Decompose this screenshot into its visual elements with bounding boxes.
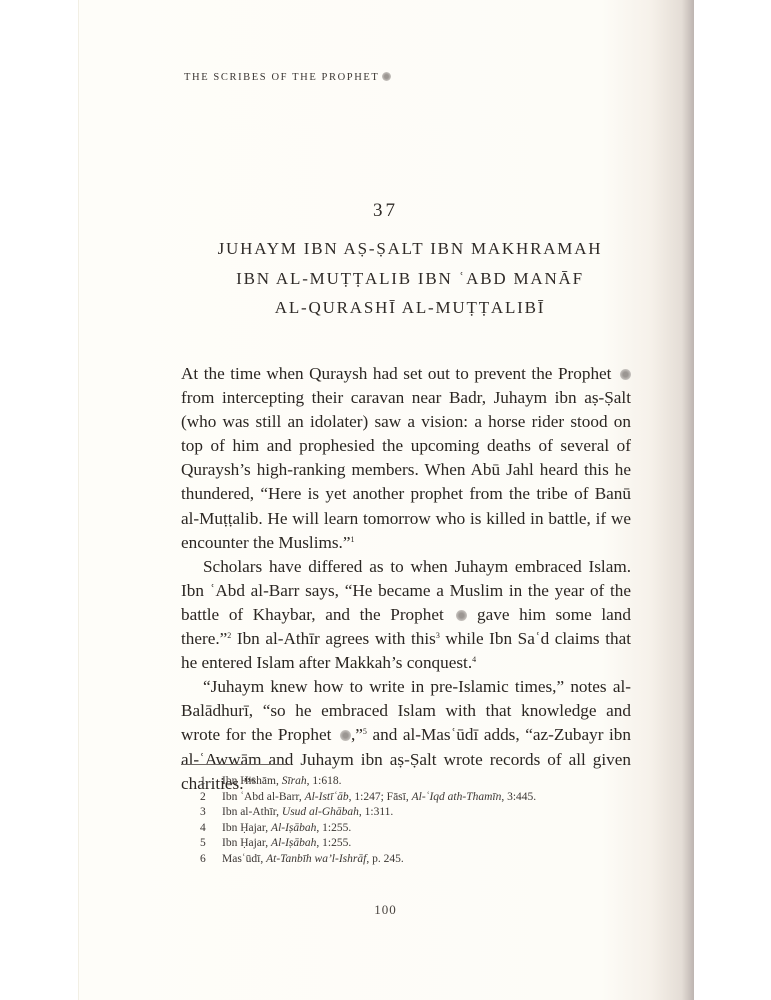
footnote-number: 3	[200, 805, 222, 821]
chapter-title-line: AL-QURASHĪ AL-MUṬṬALIBĪ	[200, 293, 620, 323]
text-run: from intercepting their caravan near Bad…	[181, 388, 631, 552]
text-run: Ibn Ḥajar,	[222, 837, 271, 849]
source-title: Al-Iṣābah	[271, 837, 316, 849]
footnote: 4Ibn Ḥajar, Al-Iṣābah, 1:255.	[200, 821, 600, 837]
footnote: 5Ibn Ḥajar, Al-Iṣābah, 1:255.	[200, 836, 600, 852]
benediction-icon	[382, 72, 391, 81]
footnote: 3Ibn al-Athīr, Usud al-Ghābah, 1:311.	[200, 805, 600, 821]
text-run: Ibn al-Athīr,	[222, 806, 282, 818]
text-run: Ibn Ḥajar,	[222, 822, 271, 834]
text-run: Ibn Hishām,	[222, 775, 282, 787]
footnote-number: 5	[200, 836, 222, 852]
footnote-number: 6	[200, 852, 222, 868]
text-run: Masʿūdī,	[222, 853, 266, 865]
page-number: 100	[0, 902, 771, 918]
text-run: Ibn ʿAbd al-Barr,	[222, 791, 305, 803]
text-run: Ibn al-Athīr agrees with this	[231, 629, 436, 648]
source-title: Al-ʿIqd ath-Thamīn	[412, 791, 502, 803]
source-title: At-Tanbīh wa’l-Ishrāf	[266, 853, 366, 865]
source-title: Usud al-Ghābah	[282, 806, 359, 818]
running-head: THE SCRIBES OF THE PROPHET	[184, 72, 391, 83]
text-run: , 1:255.	[316, 837, 351, 849]
footnote-ref: 1	[350, 535, 354, 544]
benediction-icon	[620, 369, 631, 380]
chapter-number: 37	[0, 200, 771, 222]
footnote-ref: 4	[472, 655, 476, 664]
paragraph: Scholars have differed as to when Juhaym…	[181, 555, 631, 675]
running-head-text: THE SCRIBES OF THE PROPHET	[184, 72, 379, 83]
text-run: , 1:311.	[359, 806, 393, 818]
text-run: At the time when Quraysh had set out to …	[181, 364, 617, 383]
benediction-icon	[340, 730, 351, 741]
source-title: Al-Istīʿāb	[305, 791, 349, 803]
text-run: , 1:247; Fāsī,	[349, 791, 412, 803]
footnote-number: 4	[200, 821, 222, 837]
page-edge	[78, 0, 79, 1000]
source-title: Sīrah	[282, 775, 307, 787]
paragraph: At the time when Quraysh had set out to …	[181, 362, 631, 555]
footnotes: 1Ibn Hishām, Sīrah, 1:618.2Ibn ʿAbd al-B…	[200, 774, 600, 868]
chapter-title-line: IBN AL-MUṬṬALIB IBN ʿABD MANĀF	[200, 264, 620, 294]
source-title: Al-Iṣābah	[271, 822, 316, 834]
footnote-divider	[181, 764, 287, 765]
text-run: , 1:255.	[316, 822, 351, 834]
footnote: 1Ibn Hishām, Sīrah, 1:618.	[200, 774, 600, 790]
footnote-number: 2	[200, 790, 222, 806]
footnote-number: 1	[200, 774, 222, 790]
footnote: 2Ibn ʿAbd al-Barr, Al-Istīʿāb, 1:247; Fā…	[200, 790, 600, 806]
text-run: ,”	[351, 725, 363, 744]
text-run: , p. 245.	[366, 853, 403, 865]
text-run: , 1:618.	[307, 775, 342, 787]
benediction-icon	[456, 610, 467, 621]
footnote: 6Masʿūdī, At-Tanbīh wa’l-Ishrāf, p. 245.	[200, 852, 600, 868]
chapter-title-line: JUHAYM IBN AṢ-ṢALT IBN MAKHRAMAH	[200, 234, 620, 264]
text-run: , 3:445.	[501, 791, 536, 803]
body-text: At the time when Quraysh had set out to …	[181, 362, 631, 796]
chapter-title: JUHAYM IBN AṢ-ṢALT IBN MAKHRAMAH IBN AL-…	[200, 234, 620, 323]
